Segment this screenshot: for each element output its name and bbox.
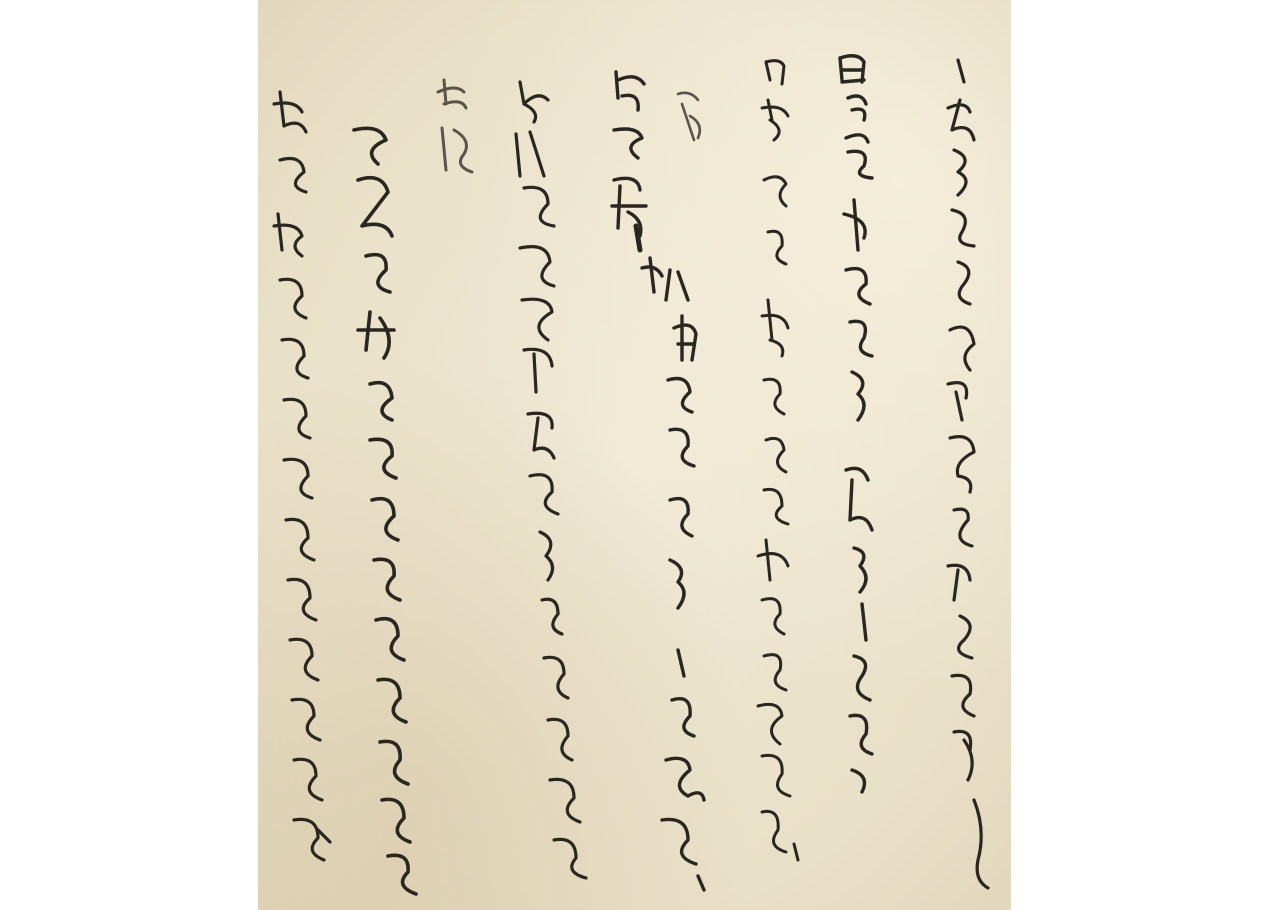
column-7 xyxy=(438,80,472,172)
column-3 xyxy=(758,61,798,860)
column-8 xyxy=(354,128,416,894)
manuscript-page xyxy=(258,0,1011,910)
column-9 xyxy=(274,92,330,860)
calligraphy-columns xyxy=(258,0,1011,910)
column-2 xyxy=(840,56,872,792)
column-5 xyxy=(612,72,704,890)
column-6 xyxy=(516,82,586,878)
column-1 xyxy=(948,60,988,888)
column-4 xyxy=(678,93,700,140)
